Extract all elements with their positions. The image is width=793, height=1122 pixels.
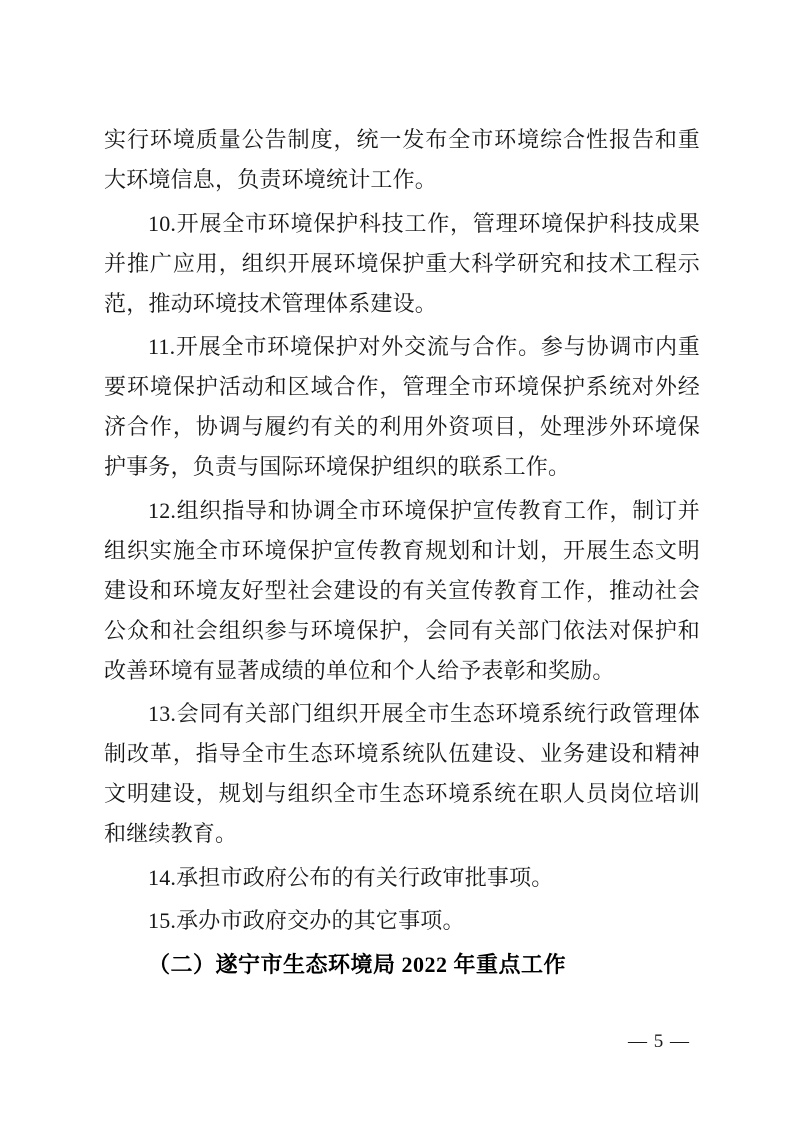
paragraph-item-11: 11.开展全市环境保护对外交流与合作。参与协调市内重要环境保护活动和区域合作，管… xyxy=(104,327,700,487)
section-heading: （二）遂宁市生态环境局 2022 年重点工作 xyxy=(104,945,700,985)
paragraph-item-10: 10.开展全市环境保护科技工作，管理环境保护科技成果并推广应用，组织开展环境保护… xyxy=(104,204,700,324)
paragraph-item-13: 13.会同有关部门组织开展全市生态环境系统行政管理体制改革，指导全市生态环境系统… xyxy=(104,694,700,854)
paragraph-item-15: 15.承办市政府交办的其它事项。 xyxy=(104,901,700,941)
document-page: 实行环境质量公告制度，统一发布全市环境综合性报告和重大环境信息，负责环境统计工作… xyxy=(0,0,793,1122)
page-number: — 5 — xyxy=(628,1030,690,1054)
paragraph-item-12: 12.组织指导和协调全市环境保护宣传教育工作，制订并组织实施全市环境保护宣传教育… xyxy=(104,491,700,691)
paragraph-continuation: 实行环境质量公告制度，统一发布全市环境综合性报告和重大环境信息，负责环境统计工作… xyxy=(104,120,700,200)
paragraph-item-14: 14.承担市政府公布的有关行政审批事项。 xyxy=(104,858,700,898)
document-body: 实行环境质量公告制度，统一发布全市环境综合性报告和重大环境信息，负责环境统计工作… xyxy=(104,120,700,988)
